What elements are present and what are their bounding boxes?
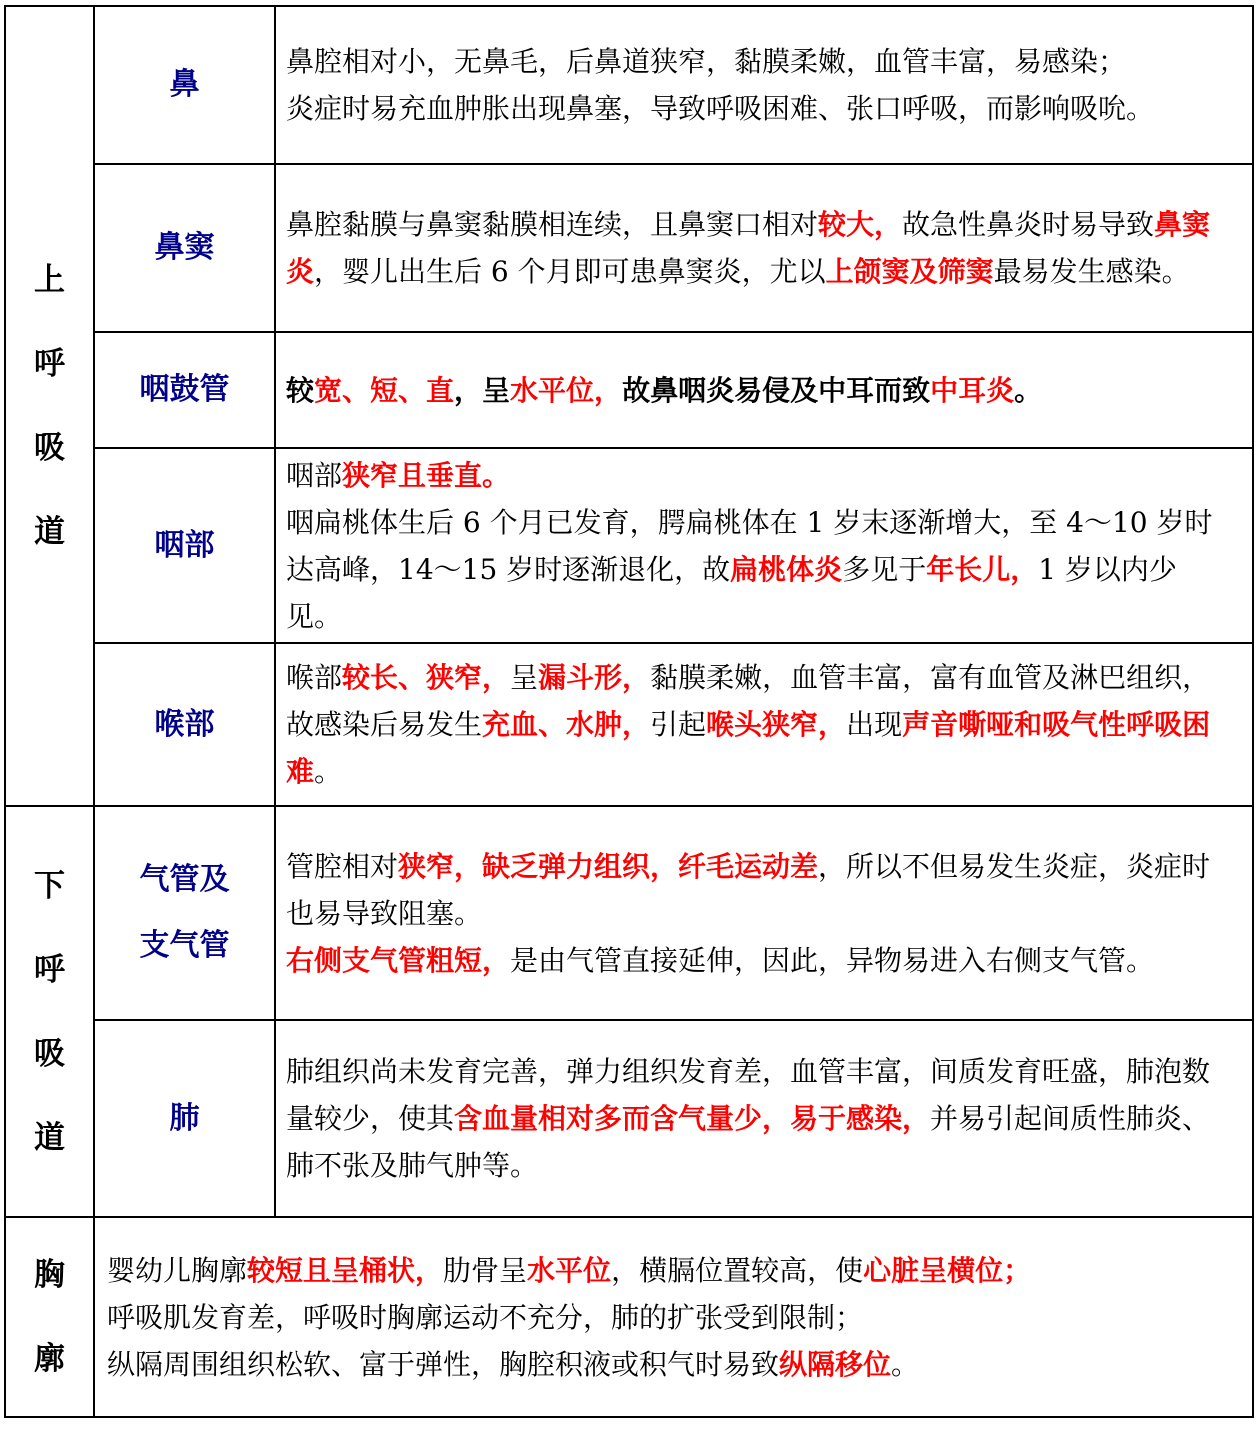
text-segment: 狭窄，缺乏弹力组织，纤毛运动差 bbox=[398, 850, 818, 883]
text-segment: 管腔相对 bbox=[286, 850, 398, 883]
text-segment: 。 bbox=[314, 755, 342, 788]
content-text: 鼻腔黏膜与鼻窦黏膜相连续，且鼻窦口相对较大，故急性鼻炎时易导致鼻窦炎，婴儿出生后… bbox=[286, 201, 1223, 295]
text-segment: 故急性鼻炎时易导致 bbox=[902, 208, 1154, 241]
text-segment: 。 bbox=[1014, 374, 1042, 407]
text-segment: 纵隔周围组织松软、富于弹性，胸腔积液或积气时易致 bbox=[107, 1348, 779, 1381]
text-segment: 故鼻咽炎易侵及中耳而致 bbox=[622, 374, 930, 407]
text-segment: 。 bbox=[891, 1348, 919, 1381]
content-cell-trachea-bronchi: 管腔相对狭窄，缺乏弹力组织，纤毛运动差，所以不但易发生炎症，炎症时也易导致阻塞。… bbox=[275, 806, 1253, 1020]
text-segment: 呈 bbox=[510, 661, 538, 694]
label-cell-pharynx: 咽部 bbox=[94, 448, 275, 643]
content-cell-nose: 鼻腔相对小，无鼻毛，后鼻道狭窄，黏膜柔嫩，血管丰富，易感染；炎症时易充血肿胀出现… bbox=[275, 6, 1253, 164]
text-segment: 纵隔移位 bbox=[779, 1348, 891, 1381]
text-segment: 多见于 bbox=[842, 553, 926, 586]
content-text: 鼻腔相对小，无鼻毛，后鼻道狭窄，黏膜柔嫩，血管丰富，易感染；炎症时易充血肿胀出现… bbox=[286, 38, 1223, 132]
label-cell-trachea-bronchi: 气管及支气管 bbox=[94, 806, 275, 1020]
table-row-lung: 肺 肺组织尚未发育完善，弹力组织发育差，血管丰富，间质发育旺盛，肺泡数量较少，使… bbox=[5, 1020, 1253, 1217]
respiratory-anatomy-table: 上呼吸道 鼻 鼻腔相对小，无鼻毛，后鼻道狭窄，黏膜柔嫩，血管丰富，易感染；炎症时… bbox=[4, 5, 1254, 1418]
text-segment: 宽、短、直 bbox=[314, 374, 454, 407]
text-segment: 最易发生感染。 bbox=[994, 255, 1190, 288]
text-segment: 充血、水肿， bbox=[482, 708, 650, 741]
label-cell-larynx: 喉部 bbox=[94, 643, 275, 806]
text-segment: 水平位， bbox=[510, 374, 622, 407]
content-cell-pharynx: 咽部狭窄且垂直。咽扁桃体生后 6 个月已发育，腭扁桃体在 1 岁末逐渐增大，至 … bbox=[275, 448, 1253, 643]
text-segment: 是由气管直接延伸，因此，异物易进入右侧支气管。 bbox=[510, 944, 1154, 977]
table-row-nose: 上呼吸道 鼻 鼻腔相对小，无鼻毛，后鼻道狭窄，黏膜柔嫩，血管丰富，易感染；炎症时… bbox=[5, 6, 1253, 164]
table-row-sinus: 鼻窦 鼻腔黏膜与鼻窦黏膜相连续，且鼻窦口相对较大，故急性鼻炎时易导致鼻窦炎，婴儿… bbox=[5, 164, 1253, 332]
text-segment: 上颌窦及筛窦 bbox=[826, 255, 994, 288]
text-segment: 婴幼儿胸廓 bbox=[107, 1254, 247, 1287]
text-segment: 右侧支气管粗短， bbox=[286, 944, 510, 977]
content-cell-lung: 肺组织尚未发育完善，弹力组织发育差，血管丰富，间质发育旺盛，肺泡数量较少，使其含… bbox=[275, 1020, 1253, 1217]
text-segment: 呼吸肌发育差，呼吸时胸廓运动不充分，肺的扩张受到限制； bbox=[107, 1301, 863, 1334]
content-text: 婴幼儿胸廓较短且呈桶状，肋骨呈水平位，横膈位置较高，使心脏呈横位；呼吸肌发育差，… bbox=[107, 1247, 1217, 1388]
text-segment: 咽部 bbox=[286, 459, 342, 492]
label-cell-nose: 鼻 bbox=[94, 6, 275, 164]
category-cell-lower-airway: 下呼吸道 bbox=[5, 806, 94, 1217]
page: 上呼吸道 鼻 鼻腔相对小，无鼻毛，后鼻道狭窄，黏膜柔嫩，血管丰富，易感染；炎症时… bbox=[0, 0, 1258, 1423]
table-row-larynx: 喉部 喉部较长、狭窄，呈漏斗形，黏膜柔嫩，血管丰富，富有血管及淋巴组织，故感染后… bbox=[5, 643, 1253, 806]
text-segment: 较 bbox=[286, 374, 314, 407]
content-text: 较宽、短、直，呈水平位，故鼻咽炎易侵及中耳而致中耳炎。 bbox=[286, 367, 1223, 414]
text-segment: 较短且呈桶状， bbox=[247, 1254, 443, 1287]
label-cell-sinus: 鼻窦 bbox=[94, 164, 275, 332]
text-segment: 年长儿， bbox=[926, 553, 1038, 586]
text-segment: 中耳炎 bbox=[930, 374, 1014, 407]
content-text: 喉部较长、狭窄，呈漏斗形，黏膜柔嫩，血管丰富，富有血管及淋巴组织，故感染后易发生… bbox=[286, 654, 1223, 795]
text-segment: ，横膈位置较高，使 bbox=[611, 1254, 863, 1287]
text-segment: 喉头狭窄， bbox=[706, 708, 846, 741]
content-cell-thorax: 婴幼儿胸廓较短且呈桶状，肋骨呈水平位，横膈位置较高，使心脏呈横位；呼吸肌发育差，… bbox=[94, 1217, 1253, 1417]
text-segment: 较大， bbox=[818, 208, 902, 241]
text-segment: ，呈 bbox=[454, 374, 510, 407]
text-segment: 肋骨呈 bbox=[443, 1254, 527, 1287]
table-row-thorax: 胸廓 婴幼儿胸廓较短且呈桶状，肋骨呈水平位，横膈位置较高，使心脏呈横位；呼吸肌发… bbox=[5, 1217, 1253, 1417]
text-segment: 喉部 bbox=[286, 661, 342, 694]
table-row-eustachian-tube: 咽鼓管 较宽、短、直，呈水平位，故鼻咽炎易侵及中耳而致中耳炎。 bbox=[5, 332, 1253, 448]
table-row-trachea-bronchi: 下呼吸道 气管及支气管 管腔相对狭窄，缺乏弹力组织，纤毛运动差，所以不但易发生炎… bbox=[5, 806, 1253, 1020]
text-segment: 较长、狭窄， bbox=[342, 661, 510, 694]
text-segment: 出现 bbox=[846, 708, 902, 741]
text-segment: 心脏呈横位； bbox=[863, 1254, 1031, 1287]
text-segment: 狭窄且垂直。 bbox=[342, 459, 510, 492]
content-cell-larynx: 喉部较长、狭窄，呈漏斗形，黏膜柔嫩，血管丰富，富有血管及淋巴组织，故感染后易发生… bbox=[275, 643, 1253, 806]
text-segment: 鼻腔黏膜与鼻窦黏膜相连续，且鼻窦口相对 bbox=[286, 208, 818, 241]
text-segment: 含血量相对多而含气量少，易于感染， bbox=[454, 1102, 930, 1135]
text-segment: 鼻腔相对小，无鼻毛，后鼻道狭窄，黏膜柔嫩，血管丰富，易感染； bbox=[286, 45, 1126, 78]
category-cell-upper-airway: 上呼吸道 bbox=[5, 6, 94, 806]
content-text: 咽部狭窄且垂直。咽扁桃体生后 6 个月已发育，腭扁桃体在 1 岁末逐渐增大，至 … bbox=[286, 452, 1223, 640]
content-text: 管腔相对狭窄，缺乏弹力组织，纤毛运动差，所以不但易发生炎症，炎症时也易导致阻塞。… bbox=[286, 843, 1223, 984]
label-cell-eustachian-tube: 咽鼓管 bbox=[94, 332, 275, 448]
content-cell-eustachian-tube: 较宽、短、直，呈水平位，故鼻咽炎易侵及中耳而致中耳炎。 bbox=[275, 332, 1253, 448]
text-segment: 炎症时易充血肿胀出现鼻塞，导致呼吸困难、张口呼吸，而影响吸吮。 bbox=[286, 92, 1154, 125]
content-text: 肺组织尚未发育完善，弹力组织发育差，血管丰富，间质发育旺盛，肺泡数量较少，使其含… bbox=[286, 1048, 1223, 1189]
table-row-pharynx: 咽部 咽部狭窄且垂直。咽扁桃体生后 6 个月已发育，腭扁桃体在 1 岁末逐渐增大… bbox=[5, 448, 1253, 643]
text-segment: 引起 bbox=[650, 708, 706, 741]
text-segment: ，婴儿出生后 6 个月即可患鼻窦炎，尤以 bbox=[314, 255, 826, 288]
text-segment: 水平位 bbox=[527, 1254, 611, 1287]
content-cell-sinus: 鼻腔黏膜与鼻窦黏膜相连续，且鼻窦口相对较大，故急性鼻炎时易导致鼻窦炎，婴儿出生后… bbox=[275, 164, 1253, 332]
text-segment: 漏斗形， bbox=[538, 661, 650, 694]
category-cell-thorax: 胸廓 bbox=[5, 1217, 94, 1417]
text-segment: 扁桃体炎 bbox=[730, 553, 842, 586]
label-cell-lung: 肺 bbox=[94, 1020, 275, 1217]
